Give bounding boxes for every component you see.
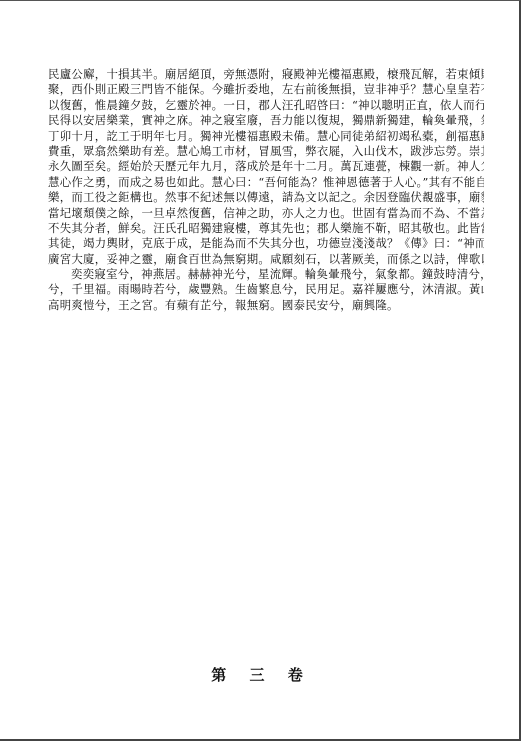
poem-line: 奕奕寢室兮，神燕居。赫赫神光兮，星流輝。輪奐暈飛兮，氣象都。鐘鼓時清兮，樂有餘。… — [48, 267, 484, 282]
poem-line: 高明爽愷兮，王之宮。有蘋有芷兮，報無窮。國泰民安兮，廟興隆。 — [48, 298, 484, 313]
text-line: 民廬公廨，十損其半。廟居絕頂，旁無憑附，寢殿神光樓福惠殿，榱飛瓦解，若束傾則傷屯… — [48, 67, 484, 82]
text-line: 以復舊，惟晨鐘夕鼓，乞靈於神。一日，郡人汪孔昭啓曰：“神以聰明正直，依人而行。神… — [48, 98, 484, 113]
poem-line: 兮，千里福。雨暘時若兮，歲豐熟。生齒繁息兮，民用足。嘉祥屢應兮，沐清淑。黃山嵯峨… — [48, 282, 484, 297]
text-line: 不失其分者，鮮矣。汪氏孔昭獨建寢樓，尊其先也；郡人樂施不靳，昭其敬也。此皆當為者… — [48, 221, 484, 236]
text-line: 丁卯十月，訖工于明年七月。獨神光樓福惠殿未備。慧心同徒弟紹初竭私橐，創福惠殿，成… — [48, 129, 484, 144]
text-line: 聚，西仆則正殿三門皆不能保。今雖折委地，左右前後無損，豈非神乎？慧心皇皇若不能以… — [48, 82, 484, 97]
text-line: 當圮壞頹僕之餘，一旦卓然復舊，信神之助，亦人之力也。世固有當為而不為、不當為而為… — [48, 206, 484, 221]
text-line: 費重，眾翕然樂助有差。慧心鳩工市材，冒風雪，弊衣屣，入山伐木，跋涉忘勞。崇其址，… — [48, 144, 484, 159]
text-line: 慧心作之勇，而成之易也如此。慧心曰：“吾何能為？惟神恩德著于人心。”其有不能自已… — [48, 175, 484, 190]
text-line: 其徒，竭力輿財，克底于成，是能為而不失其分也，功德豈淺淺哉？《傳》曰：“神而明之… — [48, 236, 484, 251]
text-line: 樂，而工役之鉅構也。然事不紀述無以傳遠，請為文以記之。余因登臨伏覩盛事，廟貌增崇… — [48, 190, 484, 205]
body-text: 民廬公廨，十損其半。廟居絕頂，旁無憑附，寢殿神光樓福惠殿，榱飛瓦解，若束傾則傷屯… — [48, 67, 484, 313]
text-line: 廣宮大廈，妥神之靈，廟食百世為無窮期。咸願刻石，以著厥美，而係之以詩，俾歌以祀。… — [48, 252, 484, 267]
text-line: 民得以安居樂業，實神之庥。神之寢室廢，吾力能以復規，獨鼎新獨建，輪奐暈飛，氣象軒… — [48, 113, 484, 128]
text-line: 永久圖至矣。經始於天歷元年九月，落成於是年十二月。萬瓦連甍，棟觀一新。神人父老，… — [48, 159, 484, 174]
document-page: 民廬公廨，十損其半。廟居絕頂，旁無憑附，寢殿神光樓福惠殿，榱飛瓦解，若束傾則傷屯… — [0, 0, 521, 741]
volume-title: 第 三 卷 — [0, 664, 523, 685]
